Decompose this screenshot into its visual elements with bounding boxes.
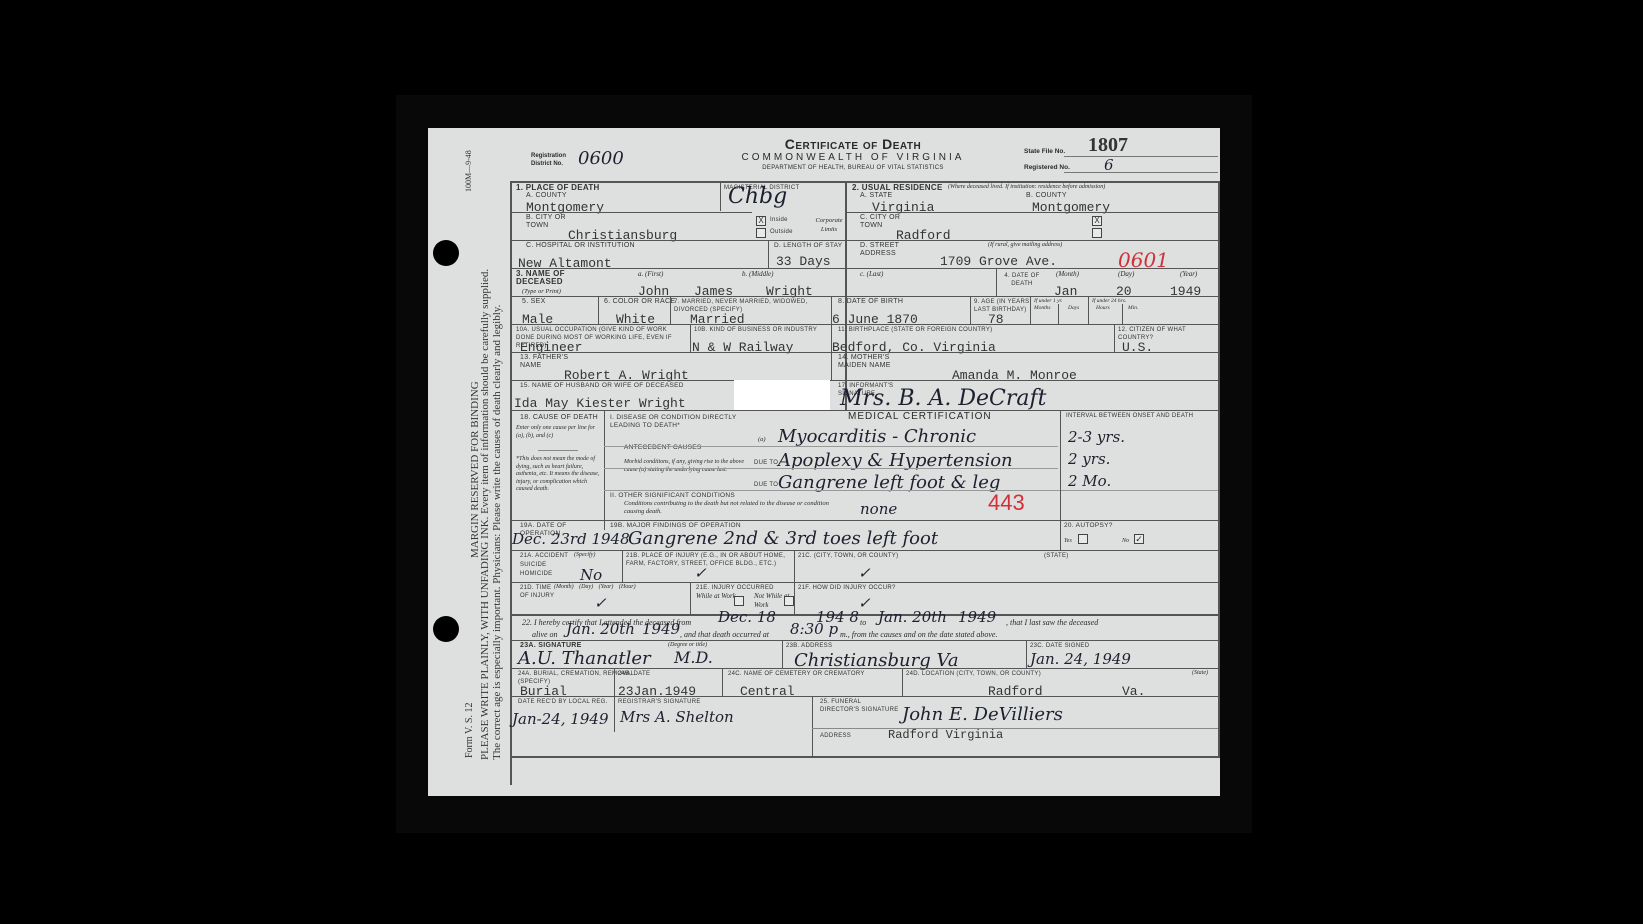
time-of-death: 8:30 p xyxy=(790,620,838,638)
age-label: 9. Age (In years last birthday) xyxy=(974,298,1034,314)
stay-label: d. Length of Stay xyxy=(774,242,844,250)
punch-hole xyxy=(433,616,459,642)
punch-hole xyxy=(433,240,459,266)
interval-a: 2-3 yrs. xyxy=(1068,428,1125,446)
registration-district-label: Registration District No. xyxy=(531,152,573,168)
name-hint: (Type or Print) xyxy=(522,288,561,295)
to-label: to xyxy=(860,618,866,627)
street-label: d. Street Address xyxy=(860,242,910,258)
registrar-signature-label: Registrar's Signature xyxy=(618,698,701,706)
time-columns-label: (Month) (Day) (Year) (Hour) xyxy=(554,584,636,590)
while-at-work-label: While at Work xyxy=(696,592,736,601)
dob-label: 8. Date of Birth xyxy=(838,298,903,306)
certify-text-4: , and that death occurred at xyxy=(680,630,769,639)
cause-code: 443 xyxy=(988,490,1025,516)
mother-label: 14. Mother's Maiden Name xyxy=(838,354,918,370)
min-label: Min. xyxy=(1128,305,1138,311)
alive-on-year: 1949 xyxy=(642,620,680,638)
middle-label: b. (Middle) xyxy=(742,270,774,278)
instructions-line-1: PLEASE WRITE PLAINLY, WITH UNFADING INK.… xyxy=(479,269,491,760)
date-signed-label: 23c. Date Signed xyxy=(1030,642,1089,650)
year-label: (Year) xyxy=(1180,270,1197,278)
spouse-label: 15. Name of Husband or Wife of Deceased xyxy=(520,382,684,390)
operation-findings: Gangrene 2nd & 3rd toes left foot xyxy=(628,528,938,549)
certify-text-5: m., from the causes and on the date stat… xyxy=(840,630,997,639)
county-label: a. County xyxy=(526,192,567,200)
street-note: (If rural, give mailing address) xyxy=(988,242,1062,248)
birthplace-label: 11. Birthplace (State or foreign country… xyxy=(838,326,992,334)
physician-address-label: 23b. Address xyxy=(786,642,832,650)
other-conditions-label: II. Other Significant Conditions xyxy=(610,492,735,500)
outside-label: Outside xyxy=(770,228,793,236)
hours-label: Hours xyxy=(1096,305,1110,311)
other-conditions: none xyxy=(860,500,897,518)
injury-city: ✓ xyxy=(858,564,871,582)
father-label: 13. Father's Name xyxy=(520,354,570,370)
cause-a: Myocarditis - Chronic xyxy=(778,426,976,447)
state-file-number: 1807 xyxy=(1088,134,1128,157)
accident-label: 21a. Accident Suicide Homicide xyxy=(520,552,580,579)
name-label: 3. Name of Deceased xyxy=(516,270,586,286)
last-label: c. (Last) xyxy=(860,270,883,278)
certificate-title: Certificate of Death xyxy=(688,136,1018,152)
autopsy-yes-label: Yes xyxy=(1064,538,1072,544)
inside-checkbox[interactable]: X xyxy=(756,216,766,226)
cause-a-label: (a) xyxy=(758,436,766,443)
funeral-director-label: 25. Funeral Director's Signature xyxy=(820,698,900,714)
months-label: Months xyxy=(1034,305,1051,311)
street-address: 1709 Grove Ave. xyxy=(940,254,1057,269)
redaction xyxy=(734,380,830,410)
cemetery-label: 24c. Name of Cemetery or Crematory xyxy=(728,670,865,678)
due-to-c: Due to xyxy=(754,481,778,489)
cause-note: Enter only one cause per line for (a), (… xyxy=(516,424,600,440)
residence-label: 2. Usual Residence xyxy=(852,184,943,192)
first-label: a. (First) xyxy=(638,270,663,278)
registration-district: 0600 xyxy=(578,148,624,169)
certify-text-2: , that I last saw the deceased xyxy=(1006,618,1098,627)
outside-checkbox[interactable] xyxy=(756,228,766,238)
department: Department of Health, Bureau of Vital St… xyxy=(688,165,1018,171)
alive-on-date: Jan. 20th xyxy=(566,620,635,638)
interval-label: Interval between onset and death xyxy=(1066,412,1216,420)
length-of-stay: 33 Days xyxy=(776,254,831,269)
physician-degree: M.D. xyxy=(674,648,713,667)
sex-label: 5. Sex xyxy=(522,298,546,306)
attended-from: Dec. 18 xyxy=(718,608,776,626)
autopsy-no-label: No xyxy=(1122,538,1129,544)
inside-label: Inside xyxy=(770,216,788,224)
cause-label: 18. Cause of Death xyxy=(520,414,598,422)
how-injury-label: 21f. How did injury occur? xyxy=(798,584,896,592)
place-of-injury: ✓ xyxy=(694,564,707,582)
dod-label: 4. Date of Death xyxy=(1002,272,1042,288)
instructions-line-2: The correct age is especially important.… xyxy=(491,305,503,760)
time-of-injury-label: 21d. Time of Injury xyxy=(520,584,556,600)
interval-b: 2 yrs. xyxy=(1068,450,1110,468)
place-of-death-label: 1. Place of Death xyxy=(516,184,600,192)
day-label: (Day) xyxy=(1118,270,1134,278)
residence-county-label: b. County xyxy=(1026,192,1067,200)
registered-label: Registered No. xyxy=(1024,164,1070,171)
while-at-work-checkbox[interactable] xyxy=(734,596,744,606)
state-file-label: State File No. xyxy=(1024,148,1065,155)
attended-to: Jan. 20th xyxy=(878,608,947,626)
residence-outside-checkbox[interactable] xyxy=(1092,228,1102,238)
injury-state-label: (State) xyxy=(1044,552,1069,560)
funeral-director-signature: John E. DeVilliers xyxy=(902,704,1063,725)
form-number: Form V. S. 12 xyxy=(464,703,475,758)
how-injury: ✓ xyxy=(858,594,871,612)
state-label: a. State xyxy=(860,192,892,200)
operation-date: Dec. 23rd 1948 xyxy=(512,530,630,548)
cause-footnote: *This does not mean the mode of dying, s… xyxy=(516,456,602,494)
disease-label: I. Disease or Condition Directly Leading… xyxy=(610,414,750,430)
industry-label: 10b. Kind of Business or Industry xyxy=(694,326,824,334)
corporate-limits-label: Corporate Limits xyxy=(813,216,845,234)
burial-location-label: 24d. Location (City, town, or county) xyxy=(906,670,1041,678)
attended-year-2: 1949 xyxy=(958,608,996,626)
hospital-label: c. Hospital or Institution xyxy=(526,242,635,250)
autopsy-label: 20. Autopsy? xyxy=(1064,522,1113,530)
funeral-address-label: Address xyxy=(820,732,851,740)
physician-signature: A.U. Thanatler xyxy=(518,648,651,669)
spouse-name: Ida May Kiester Wright xyxy=(514,396,686,411)
certify-text-3: alive on xyxy=(532,630,558,639)
residence-note: (Where deceased lived. If institution: r… xyxy=(948,184,1105,190)
interval-c: 2 Mo. xyxy=(1068,472,1111,490)
certificate-subtitle: Commonwealth of Virginia xyxy=(688,152,1018,163)
other-conditions-note: Conditions contributing to the death but… xyxy=(624,500,834,516)
date-received: Jan-24, 1949 xyxy=(512,710,608,728)
magisterial-district: Chbg xyxy=(728,184,787,209)
not-while-at-work-checkbox[interactable] xyxy=(784,596,794,606)
days-label: Days xyxy=(1068,305,1079,311)
autopsy-no-checkbox[interactable]: ✓ xyxy=(1134,534,1144,544)
registrar-signature: Mrs A. Shelton xyxy=(620,708,734,726)
time-of-injury: ✓ xyxy=(594,594,607,612)
autopsy-yes-checkbox[interactable] xyxy=(1078,534,1088,544)
burial-date-label: 24b. Date xyxy=(618,670,650,678)
injury-city-label: 21c. (City, Town, or County) xyxy=(798,552,898,560)
residence-inside-checkbox[interactable]: X xyxy=(1092,216,1102,226)
date-signed: Jan. 24, 1949 xyxy=(1030,650,1131,668)
burial-state-label: (State) xyxy=(1192,670,1208,676)
print-code: 100M—9-48 xyxy=(464,150,473,192)
due-to-b: Due to xyxy=(754,459,778,467)
morbid-note: Morbid conditions, if any, giving rise t… xyxy=(624,458,748,474)
specify-label: (Specify) xyxy=(574,552,595,558)
informant-signature: Mrs. B. A. DeCraft xyxy=(840,386,1046,411)
funeral-address: Radford Virginia xyxy=(888,728,1003,742)
death-certificate: Form V. S. 12 100M—9-48 MARGIN RESERVED … xyxy=(428,128,1220,796)
medical-certification-title: Medical Certification xyxy=(848,411,992,422)
injury-occurred-label: 21e. Injury Occurred xyxy=(696,584,774,592)
date-received-label: Date Rec'd by Local Reg. xyxy=(518,698,608,706)
race-label: 6. Color or Race xyxy=(604,298,675,306)
month-label: (Month) xyxy=(1056,270,1079,278)
